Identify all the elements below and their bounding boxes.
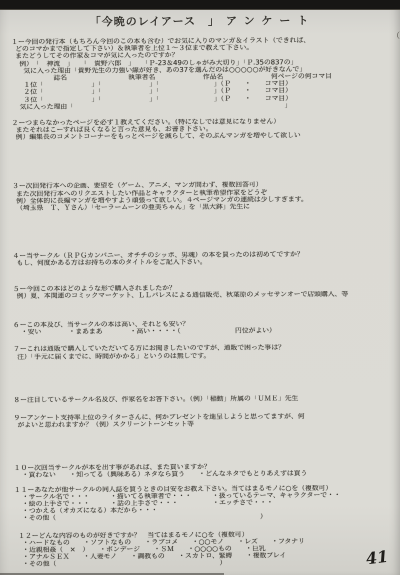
answer-options-line: ・買わない ・知ってる（興味ある）ネタなら買う ・どんなネタでもとりあえずは買う <box>10 470 400 480</box>
question-2: ２ーつまらなかったページを必ず１教えてください。（特になしでは意見になりません）… <box>8 117 399 141</box>
survey-title-word: アンケート <box>226 14 315 28</box>
question-7: ７ーこれは通販で購入していただいてる方にお聞きしたいのですが、通販で困った事は？… <box>9 344 400 361</box>
survey-content: 「今晩のレイアース 」アンケート １ー今回の発行本（もちろん今回のこの本も含む）… <box>7 11 400 569</box>
question-12: １２ーどんな内容のものが好きですか？ 当てはまるモノに○を（複数可） ・ハードな… <box>10 530 400 568</box>
question-10: １０ー次回当サークルが本を出す事があれば、また買いますか？ ・買わない ・知って… <box>10 463 400 480</box>
question-6: ６ーこの本及び、当サークルの本は高い、それとも安い？ ・安い ・まあまあ ・高い… <box>9 320 400 337</box>
question-9: ９ーアンケート支持率上位のライターさんに、何かプレゼントを進呈しようと思ってます… <box>9 412 400 429</box>
question-8: ８ー注目しているサークル名及び、作家名をお答下さい。（例）「稲動」所属の「ＵＭＥ… <box>9 394 400 404</box>
question-example-line: 例）編集長のコメントコーナーをもっとページを減らして、そのぶんマンガを増やして欲… <box>8 132 399 142</box>
question-5: ５ー今回この本はどのような形で購入されましたか？ 例）夏、本関連のコミックマーケ… <box>9 283 400 300</box>
page-number: 41 <box>365 547 389 569</box>
scan-edge-top <box>0 0 400 10</box>
question-line: ８ー注目しているサークル名及び、作家名をお答下さい。（例）「稲動」所属の「ＵＭＥ… <box>9 394 400 404</box>
survey-title-name: 「今晩のレイアース 」 <box>90 15 220 29</box>
question-example-line: （埼玉県 Ｔ、Ｙさん）「セーラームーンの亜美ちゃん」を「黒大鉢」先生に <box>8 203 399 213</box>
question-line: がよいと思われますか？（例）スクリーントーンセット等 <box>9 420 400 430</box>
survey-title: 「今晩のレイアース 」アンケート <box>7 12 398 30</box>
answer-options-line: ・その他（ ） <box>10 513 400 523</box>
question-note-line: 注）「手元に届くまでに、時間がかかる」というのは無しです。 <box>9 351 400 361</box>
question-11: １１ーあなたが他サークルの同人誌を買うときの目安をお教え下さい。当てはまるモノに… <box>10 484 400 522</box>
question-line: もし、何度かある方はお持ちの本のタイトルをご記入下さい。 <box>9 258 400 268</box>
question-example-line: 例）夏、本関連のコミックマーケット、ＬＬパレスによる通信販売、秋葉原のメッセサン… <box>9 290 400 300</box>
question-3: ３ー次回発行本への企画、要望を（ゲーム、アニメ、マンガ問わず、複数回答可） また… <box>8 181 399 212</box>
reason-blank-line: 気に入った理由「 」 <box>8 101 399 111</box>
question-4: ４ー当サークル（ＲＰＧカンパニー、オチチのシッポ、男魂）の本を買ったのは初めてで… <box>8 251 399 268</box>
question-1: １ー今回の発行本（もちろん今回のこの本も含む）でお気に入りのマンガ＆イラスト（で… <box>7 37 398 111</box>
scanned-survey-page: （ 「今晩のレイアース 」アンケート １ー今回の発行本（もちろん今回のこの本も含… <box>0 0 400 575</box>
answer-options-line: ・その他（ ） <box>10 559 400 569</box>
answer-options-line: ・安い ・まあまあ ・高い・・・・（ 円位がよい） <box>9 327 400 337</box>
